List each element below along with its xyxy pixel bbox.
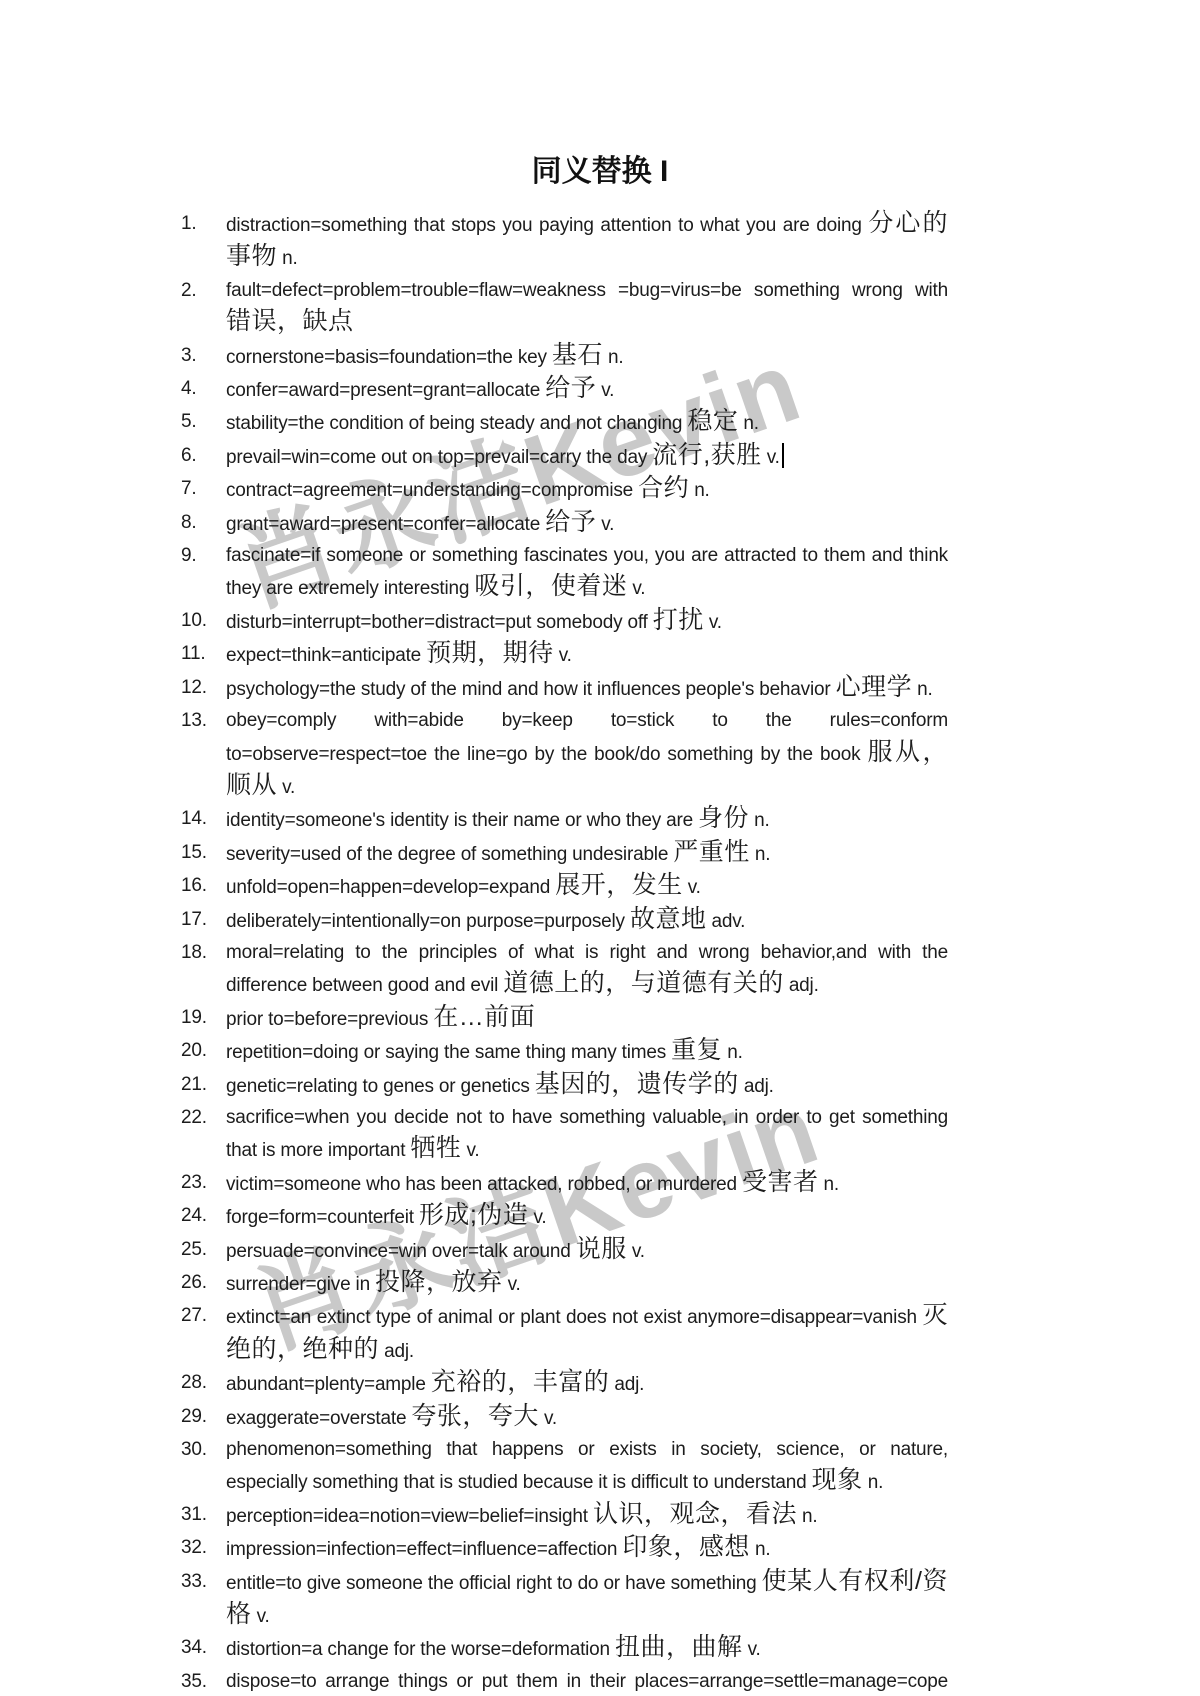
item-number: 26. xyxy=(181,1267,226,1298)
list-item: 26.surrender=give in 投降，放弃 v. xyxy=(181,1267,1200,1300)
chinese-gloss: 打扰 xyxy=(653,606,704,634)
item-number: 10. xyxy=(181,605,226,636)
list-item: 8.grant=award=present=confer=allocate 给予… xyxy=(181,507,1200,540)
item-number: 35. xyxy=(181,1666,226,1696)
list-item: 18.moral=relating to the principles of w… xyxy=(181,937,1200,1002)
list-item: 20.repetition=doing or saying the same t… xyxy=(181,1035,1200,1068)
item-text[interactable]: confer=award=present=grant=allocate 给予 v… xyxy=(226,373,948,406)
chinese-gloss: 严重性 xyxy=(673,838,750,866)
item-number: 20. xyxy=(181,1035,226,1066)
item-number: 34. xyxy=(181,1632,226,1663)
item-text[interactable]: victim=someone who has been attacked, ro… xyxy=(226,1167,948,1200)
item-number: 23. xyxy=(181,1167,226,1198)
item-text[interactable]: contract=agreement=understanding=comprom… xyxy=(226,473,948,506)
list-item: 9.fascinate=if someone or something fasc… xyxy=(181,540,1200,605)
item-number: 13. xyxy=(181,705,226,736)
list-item: 21.genetic=relating to genes or genetics… xyxy=(181,1069,1200,1102)
list-item: 15.severity=used of the degree of someth… xyxy=(181,837,1200,870)
item-number: 17. xyxy=(181,904,226,935)
item-text[interactable]: distortion=a change for the worse=deform… xyxy=(226,1632,948,1665)
page-title: 同义替换 I xyxy=(0,156,1200,188)
chinese-gloss: 错误，缺点 xyxy=(226,307,354,335)
chinese-gloss: 展开，发生 xyxy=(555,871,683,899)
list-item: 32.impression=infection=effect=influence… xyxy=(181,1532,1200,1565)
item-text[interactable]: extinct=an extinct type of animal or pla… xyxy=(226,1300,948,1367)
item-text[interactable]: perception=idea=notion=view=belief=insig… xyxy=(226,1499,948,1532)
item-text[interactable]: distraction=something that stops you pay… xyxy=(226,208,948,275)
chinese-gloss: 流行,获胜 xyxy=(652,441,761,469)
item-number: 18. xyxy=(181,937,226,968)
list-item: 16.unfold=open=happen=develop=expand 展开，… xyxy=(181,870,1200,903)
item-number: 9. xyxy=(181,540,226,571)
list-item: 4.confer=award=present=grant=allocate 给予… xyxy=(181,373,1200,406)
item-text[interactable]: fault=defect=problem=trouble=flaw=weakne… xyxy=(226,275,948,340)
item-text[interactable]: expect=think=anticipate 预期，期待 v. xyxy=(226,638,948,671)
item-text[interactable]: grant=award=present=confer=allocate 给予 v… xyxy=(226,507,948,540)
item-number: 1. xyxy=(181,208,226,239)
list-item: 13.obey=comply with=abide by=keep to=sti… xyxy=(181,705,1200,803)
chinese-gloss: 基石 xyxy=(552,341,603,369)
item-text[interactable]: identity=someone's identity is their nam… xyxy=(226,803,948,836)
chinese-gloss: 充裕的，丰富的 xyxy=(431,1368,610,1396)
chinese-gloss: 形成;伪造 xyxy=(419,1201,528,1229)
list-item: 31.perception=idea=notion=view=belief=in… xyxy=(181,1499,1200,1532)
chinese-gloss: 在…前面 xyxy=(433,1003,535,1031)
list-item: 12.psychology=the study of the mind and … xyxy=(181,672,1200,705)
item-text[interactable]: sacrifice=when you decide not to have so… xyxy=(226,1102,948,1167)
item-text[interactable]: prevail=win=come out on top=prevail=carr… xyxy=(226,440,948,473)
item-text[interactable]: dispose=to arrange things or put them in… xyxy=(226,1666,948,1696)
chinese-gloss: 分心的事物 xyxy=(226,209,948,270)
chinese-gloss: 心理学 xyxy=(836,673,913,701)
item-number: 29. xyxy=(181,1401,226,1432)
item-text[interactable]: stability=the condition of being steady … xyxy=(226,406,948,439)
item-text[interactable]: moral=relating to the principles of what… xyxy=(226,937,948,1002)
item-text[interactable]: impression=infection=effect=influence=af… xyxy=(226,1532,948,1565)
list-item: 25.persuade=convince=win over=talk aroun… xyxy=(181,1234,1200,1267)
list-item: 33.entitle=to give someone the official … xyxy=(181,1566,1200,1633)
chinese-gloss: 使某人有权利/资格 xyxy=(226,1567,948,1628)
item-number: 8. xyxy=(181,507,226,538)
item-text[interactable]: fascinate=if someone or something fascin… xyxy=(226,540,948,605)
item-text[interactable]: exaggerate=overstate 夸张，夸大 v. xyxy=(226,1401,948,1434)
chinese-gloss: 稳定 xyxy=(687,407,738,435)
item-number: 19. xyxy=(181,1002,226,1033)
item-number: 16. xyxy=(181,870,226,901)
item-number: 2. xyxy=(181,275,226,306)
item-text[interactable]: severity=used of the degree of something… xyxy=(226,837,948,870)
chinese-gloss: 牺牲 xyxy=(410,1134,461,1162)
list-item: 34.distortion=a change for the worse=def… xyxy=(181,1632,1200,1665)
chinese-gloss: 印象，感想 xyxy=(622,1533,750,1561)
chinese-gloss: 受害者 xyxy=(742,1168,819,1196)
item-text[interactable]: persuade=convince=win over=talk around 说… xyxy=(226,1234,948,1267)
item-number: 6. xyxy=(181,440,226,471)
chinese-gloss: 灭绝的，绝种的 xyxy=(226,1301,948,1362)
item-number: 7. xyxy=(181,473,226,504)
item-number: 15. xyxy=(181,837,226,868)
chinese-gloss: 身份 xyxy=(698,804,749,832)
item-number: 31. xyxy=(181,1499,226,1530)
item-text[interactable]: repetition=doing or saying the same thin… xyxy=(226,1035,948,1068)
item-text[interactable]: obey=comply with=abide by=keep to=stick … xyxy=(226,705,948,803)
chinese-gloss: 认识，观念，看法 xyxy=(593,1500,797,1528)
item-number: 4. xyxy=(181,373,226,404)
list-item: 5.stability=the condition of being stead… xyxy=(181,406,1200,439)
item-number: 11. xyxy=(181,638,226,669)
list-item: 24.forge=form=counterfeit 形成;伪造 v. xyxy=(181,1200,1200,1233)
list-item: 19.prior to=before=previous 在…前面 xyxy=(181,1002,1200,1035)
list-item: 23.victim=someone who has been attacked,… xyxy=(181,1167,1200,1200)
chinese-gloss: 重复 xyxy=(671,1036,722,1064)
item-text[interactable]: cornerstone=basis=foundation=the key 基石 … xyxy=(226,340,948,373)
chinese-gloss: 服从，顺从 xyxy=(226,738,948,799)
item-text[interactable]: prior to=before=previous 在…前面 xyxy=(226,1002,948,1035)
chinese-gloss: 扭曲，曲解 xyxy=(615,1633,743,1661)
list-item: 29.exaggerate=overstate 夸张，夸大 v. xyxy=(181,1401,1200,1434)
item-number: 21. xyxy=(181,1069,226,1100)
item-text[interactable]: phenomenon=something that happens or exi… xyxy=(226,1434,948,1499)
item-number: 22. xyxy=(181,1102,226,1133)
item-text[interactable]: unfold=open=happen=develop=expand 展开，发生 … xyxy=(226,870,948,903)
item-number: 30. xyxy=(181,1434,226,1465)
list-item: 17.deliberately=intentionally=on purpose… xyxy=(181,904,1200,937)
item-number: 32. xyxy=(181,1532,226,1563)
chinese-gloss: 给予 xyxy=(545,374,596,402)
item-number: 24. xyxy=(181,1200,226,1231)
synonym-list: 1.distraction=something that stops you p… xyxy=(181,208,1200,1696)
list-item: 27.extinct=an extinct type of animal or … xyxy=(181,1300,1200,1367)
item-number: 33. xyxy=(181,1566,226,1597)
list-item: 7.contract=agreement=understanding=compr… xyxy=(181,473,1200,506)
list-item: 30.phenomenon=something that happens or … xyxy=(181,1434,1200,1499)
chinese-gloss: 说服 xyxy=(576,1235,627,1263)
item-text[interactable]: psychology=the study of the mind and how… xyxy=(226,672,948,705)
list-item: 28.abundant=plenty=ample 充裕的，丰富的 adj. xyxy=(181,1367,1200,1400)
chinese-gloss: 故意地 xyxy=(630,905,707,933)
chinese-gloss: 合约 xyxy=(638,474,689,502)
item-number: 27. xyxy=(181,1300,226,1331)
item-text[interactable]: surrender=give in 投降，放弃 v. xyxy=(226,1267,948,1300)
item-number: 12. xyxy=(181,672,226,703)
item-text[interactable]: abundant=plenty=ample 充裕的，丰富的 adj. xyxy=(226,1367,948,1400)
chinese-gloss: 基因的，遗传学的 xyxy=(535,1070,739,1098)
list-item: 22.sacrifice=when you decide not to have… xyxy=(181,1102,1200,1167)
item-number: 14. xyxy=(181,803,226,834)
chinese-gloss: 投降，放弃 xyxy=(375,1268,503,1296)
item-text[interactable]: entitle=to give someone the official rig… xyxy=(226,1566,948,1633)
item-text[interactable]: forge=form=counterfeit 形成;伪造 v. xyxy=(226,1200,948,1233)
chinese-gloss: 预期，期待 xyxy=(426,639,554,667)
item-text[interactable]: disturb=interrupt=bother=distract=put so… xyxy=(226,605,948,638)
list-item: 1.distraction=something that stops you p… xyxy=(181,208,1200,275)
list-item: 2.fault=defect=problem=trouble=flaw=weak… xyxy=(181,275,1200,340)
chinese-gloss: 夸张，夸大 xyxy=(411,1402,539,1430)
list-item: 14.identity=someone's identity is their … xyxy=(181,803,1200,836)
chinese-gloss: 道德上的，与道德有关的 xyxy=(503,969,784,997)
item-number: 5. xyxy=(181,406,226,437)
chinese-gloss: 现象 xyxy=(812,1466,863,1494)
chinese-gloss: 给予 xyxy=(545,508,596,536)
document-page: 肖永洁Kevin 肖永洁Kevin 同义替换 I 1.distraction=s… xyxy=(0,0,1200,1696)
list-item: 3.cornerstone=basis=foundation=the key 基… xyxy=(181,340,1200,373)
list-item: 35.dispose=to arrange things or put them… xyxy=(181,1666,1200,1696)
item-number: 28. xyxy=(181,1367,226,1398)
item-number: 25. xyxy=(181,1234,226,1265)
list-item: 10.disturb=interrupt=bother=distract=put… xyxy=(181,605,1200,638)
chinese-gloss: 吸引，使着迷 xyxy=(474,572,627,600)
document-content: 同义替换 I 1.distraction=something that stop… xyxy=(0,0,1200,1696)
list-item: 6.prevail=win=come out on top=prevail=ca… xyxy=(181,440,1200,473)
item-number: 3. xyxy=(181,340,226,371)
item-text[interactable]: genetic=relating to genes or genetics 基因… xyxy=(226,1069,948,1102)
text-cursor xyxy=(782,443,784,468)
item-text[interactable]: deliberately=intentionally=on purpose=pu… xyxy=(226,904,948,937)
list-item: 11.expect=think=anticipate 预期，期待 v. xyxy=(181,638,1200,671)
